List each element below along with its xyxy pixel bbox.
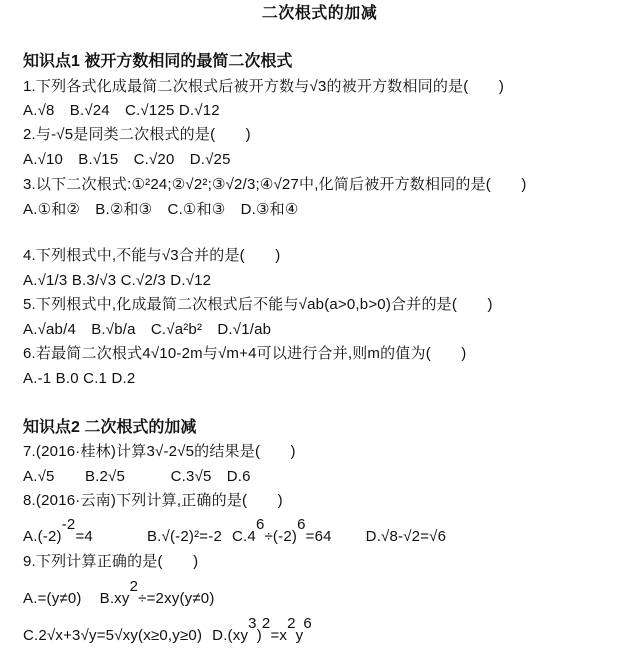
- question-2-stem: 2.与-√5是同类二次根式的是( ): [23, 125, 251, 145]
- option-8a-base: A.(-2): [23, 528, 62, 545]
- page-title: 二次根式的加减: [0, 4, 639, 24]
- question-1-stem: 1.下列各式化成最简二次根式后被开方数与√3的被开方数相同的是( ): [23, 77, 504, 97]
- question-5-options: A.√ab/4 B.√b/a C.√a²b² D.√1/ab: [23, 320, 271, 340]
- question-4-stem: 4.下列根式中,不能与√3合并的是( ): [23, 246, 280, 266]
- option-9a: A.=(y≠0): [23, 590, 82, 607]
- option-9c: C.2√x+3√y=5√xy(x≥0,y≥0): [23, 627, 202, 644]
- question-2-options: A.√10 B.√15 C.√20 D.√25: [23, 150, 231, 170]
- worksheet-page: 二次根式的加减 知识点1 被开方数相同的最简二次根式 1.下列各式化成最简二次根…: [0, 0, 639, 653]
- question-7-stem: 7.(2016·桂林)计算3√-2√5的结果是( ): [23, 442, 296, 462]
- question-1-options: A.√8 B.√24 C.√125 D.√12: [23, 101, 220, 121]
- question-3-options: A.①和② B.②和③ C.①和③ D.③和④: [23, 200, 299, 220]
- option-9d-y: y: [296, 627, 304, 644]
- question-9-options-line-1: A.=(y≠0)B.xy2÷=2xy(y≠0): [23, 589, 215, 609]
- option-9b-rest: ÷=2xy(y≠0): [138, 590, 214, 607]
- option-8c-rest: =64: [306, 528, 332, 545]
- section-heading-2: 知识点2 二次根式的加减: [23, 418, 196, 438]
- option-8b: B.√(-2)²=-2: [147, 528, 222, 545]
- section-heading-1: 知识点1 被开方数相同的最简二次根式: [23, 52, 292, 72]
- option-8c-mid: ÷(-2): [265, 528, 298, 545]
- option-9d-base: D.(xy: [212, 627, 248, 644]
- option-8c-base: C.4: [232, 528, 256, 545]
- question-9-options-line-2: C.2√x+3√y=5√xy(x≥0,y≥0)D.(xy3)2=x2y6: [23, 626, 312, 646]
- option-8d: D.√8-√2=√6: [366, 528, 446, 545]
- option-8a-rest: =4: [75, 528, 93, 545]
- question-8-stem: 8.(2016·云南)下列计算,正确的是( ): [23, 491, 283, 511]
- question-3-stem: 3.以下二次根式:①²24;②√2²;③√2/3;④√27中,化简后被开方数相同…: [23, 175, 527, 195]
- question-6-options: A.-1 B.0 C.1 D.2: [23, 369, 135, 389]
- option-9b-base: B.xy: [100, 590, 130, 607]
- question-6-stem: 6.若最简二次根式4√10-2m与√m+4可以进行合并,则m的值为( ): [23, 344, 467, 364]
- question-9-stem: 9.下列计算正确的是( ): [23, 552, 198, 572]
- question-8-options: A.(-2)-2=4B.√(-2)²=-2C.46÷(-2)6=64D.√8-√…: [23, 527, 446, 547]
- question-7-options: A.√5 B.2√5 C.3√5 D.6: [23, 467, 251, 487]
- option-9d-eq: =x: [270, 627, 287, 644]
- question-5-stem: 5.下列根式中,化成最简二次根式后不能与√ab(a>0,b>0)合并的是( ): [23, 295, 493, 315]
- question-4-options: A.√1/3 B.3/√3 C.√2/3 D.√12: [23, 271, 211, 291]
